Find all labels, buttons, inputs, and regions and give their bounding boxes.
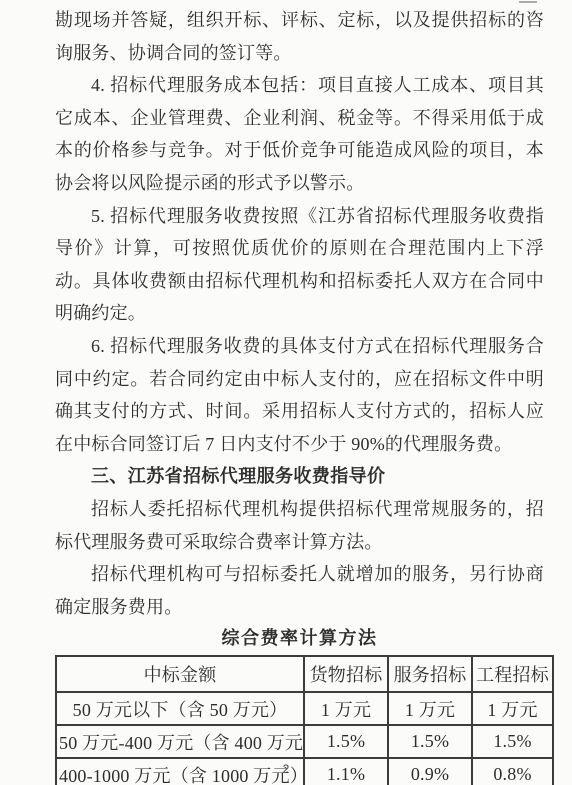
document-body: 勘现场并答疑，组织开标、评标、定标，以及提供招标的咨询服务、协调合同的签订等。 … bbox=[55, 4, 544, 785]
table-header-row: 中标金额 货物招标 服务招标 工程招标 bbox=[56, 656, 553, 692]
cell-goods-fee: 1.5% bbox=[304, 725, 388, 758]
cell-amount-range: 50 万元以下（含 50 万元） bbox=[56, 692, 304, 725]
document-page: 勘现场并答疑，组织开标、评标、定标，以及提供招标的咨询服务、协调合同的签订等。 … bbox=[0, 0, 572, 785]
section-heading: 三、江苏省招标代理服务收费指导价 bbox=[55, 460, 544, 493]
cell-service-fee: 1.5% bbox=[388, 725, 472, 758]
scan-artifact-mark bbox=[519, 1, 537, 3]
header-service-bidding: 服务招标 bbox=[388, 656, 472, 692]
paragraph-regular-service: 招标人委托招标代理机构提供招标代理常规服务的，招标代理服务费可采取综合费率计算方… bbox=[55, 493, 544, 558]
page-number: 2 bbox=[0, 762, 572, 776]
paragraph-item-5: 5. 招标代理服务收费按照《江苏省招标代理服务收费指导价》计算，可按照优质优价的… bbox=[55, 200, 544, 330]
header-goods-bidding: 货物招标 bbox=[304, 656, 388, 692]
header-works-bidding: 工程招标 bbox=[472, 656, 553, 692]
paragraph-item-4: 4. 招标代理服务成本包括：项目直接人工成本、项目其它成本、企业管理费、企业利润… bbox=[55, 69, 544, 199]
table-row: 50 万元以下（含 50 万元） 1 万元 1 万元 1 万元 bbox=[56, 692, 553, 725]
header-award-amount: 中标金额 bbox=[56, 656, 304, 692]
cell-goods-fee: 1 万元 bbox=[304, 692, 388, 725]
paragraph-additional-service: 招标代理机构可与招标委托人就增加的服务，另行协商确定服务费用。 bbox=[55, 558, 544, 623]
table-row: 50 万元-400 万元（含 400 万元） 1.5% 1.5% 1.5% bbox=[56, 725, 553, 758]
table-title: 综合费率计算方法 bbox=[55, 623, 544, 653]
cell-service-fee: 1 万元 bbox=[388, 692, 472, 725]
paragraph-continuation: 勘现场并答疑，组织开标、评标、定标，以及提供招标的咨询服务、协调合同的签订等。 bbox=[55, 4, 544, 69]
cell-amount-range: 50 万元-400 万元（含 400 万元） bbox=[56, 725, 304, 758]
cell-works-fee: 1.5% bbox=[472, 725, 553, 758]
cell-works-fee: 1 万元 bbox=[472, 692, 553, 725]
paragraph-item-6: 6. 招标代理服务收费的具体支付方式在招标代理服务合同中约定。若合同约定由中标人… bbox=[55, 330, 544, 460]
